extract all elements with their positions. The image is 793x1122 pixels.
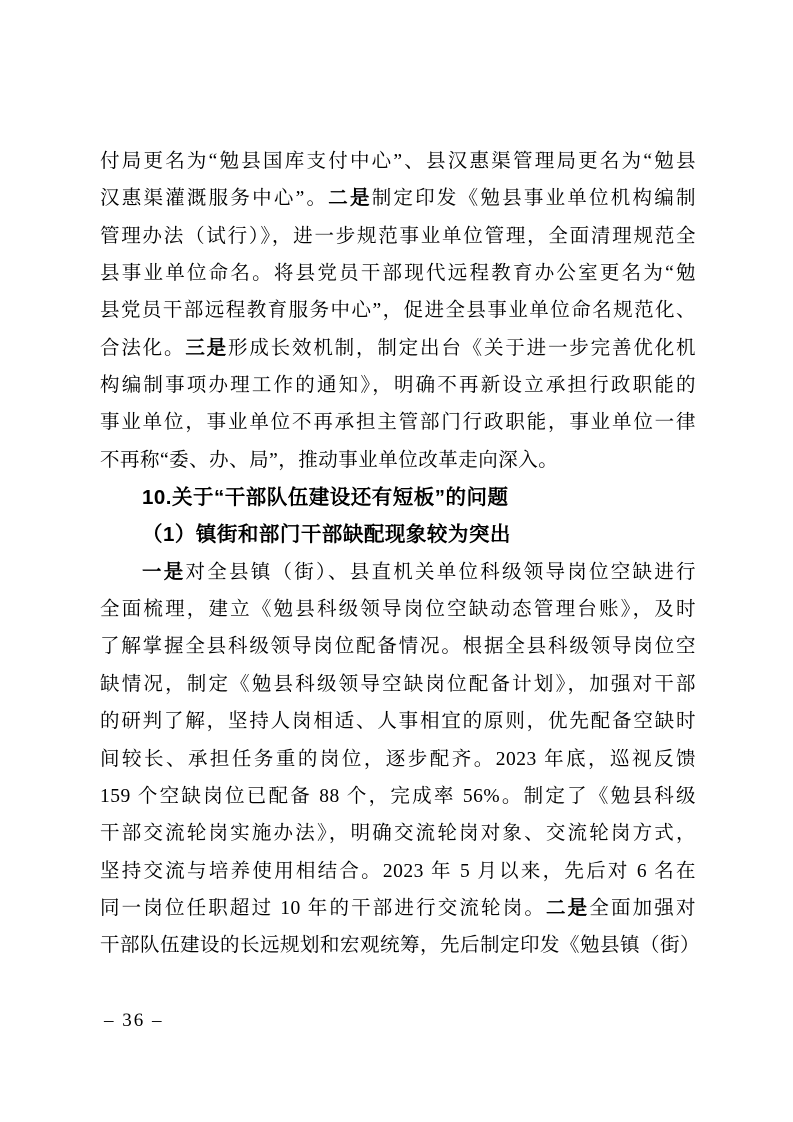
text-line: 付局更名为“勉县国库支付中心”、县汉惠渠管理局更名为“勉县 <box>100 143 696 180</box>
text-segment: 制定印发《勉县事业单位机构编制 <box>372 188 696 209</box>
bold-text-segment: 二是 <box>546 897 589 919</box>
text-segment: 不再称“委、办、局”，推动事业单位改革走向深入。 <box>100 450 558 471</box>
text-line: 构编制事项办理工作的通知》，明确不再新设立承担行政职能的 <box>100 367 696 404</box>
text-line: 的研判了解，坚持人岗相适、人事相宜的原则，优先配备空缺时 <box>100 703 696 740</box>
text-line: 全面梳理，建立《勉县科级领导岗位空缺动态管理台账》，及时 <box>100 591 696 628</box>
text-segment: 县党员干部远程教育服务中心”，促进全县事业单位命名规范化、 <box>100 300 696 321</box>
bold-text-segment: （1）镇街和部门干部缺配现象较为突出 <box>142 523 511 546</box>
text-segment: 的研判了解，坚持人岗相适、人事相宜的原则，优先配备空缺时 <box>100 711 696 732</box>
page-number: – 36 – <box>104 1010 164 1032</box>
text-segment: 形成长效机制，制定出台《关于进一步完善优化机 <box>228 338 696 359</box>
text-segment: 县事业单位命名。将县党员干部现代远程教育办公室更名为“勉 <box>100 263 696 284</box>
text-line: 了解掌握全县科级领导岗位配备情况。根据全县科级领导岗位空 <box>100 628 696 665</box>
text-line: 一是对全县镇（街）、县直机关单位科级领导岗位空缺进行 <box>100 554 696 591</box>
text-segment: 了解掌握全县科级领导岗位配备情况。根据全县科级领导岗位空 <box>100 636 696 657</box>
text-line: 间较长、承担任务重的岗位，逐步配齐。2023 年底，巡视反馈 <box>100 741 696 778</box>
text-line: 不再称“委、办、局”，推动事业单位改革走向深入。 <box>100 442 696 479</box>
text-segment: 同一岗位任职超过 10 年的干部进行交流轮岗。 <box>100 898 546 919</box>
text-segment: 坚持交流与培养使用相结合。2023 年 5 月以来，先后对 6 名在 <box>100 861 696 882</box>
text-segment: 干部队伍建设的长远规划和宏观统筹，先后制定印发《勉县镇（街） <box>100 935 700 956</box>
text-segment: 管理办法（试行）》，进一步规范事业单位管理，全面清理规范全 <box>100 226 696 247</box>
text-line: 合法化。三是形成长效机制，制定出台《关于进一步完善优化机 <box>100 330 696 367</box>
text-segment: 对全县镇（街）、县直机关单位科级领导岗位空缺进行 <box>186 562 696 583</box>
sub-heading: （1）镇街和部门干部缺配现象较为突出 <box>100 516 696 553</box>
document-page: 付局更名为“勉县国库支付中心”、县汉惠渠管理局更名为“勉县汉惠渠灌溉服务中心”。… <box>0 0 793 1122</box>
text-line: 县事业单位命名。将县党员干部现代远程教育办公室更名为“勉 <box>100 255 696 292</box>
text-line: 159 个空缺岗位已配备 88 个，完成率 56%。制定了《勉县科级 <box>100 778 696 815</box>
text-segment: 汉惠渠灌溉服务中心”。 <box>100 188 328 209</box>
bold-text-segment: 10.关于“干部队伍建设还有短板”的问题 <box>142 486 509 509</box>
text-segment: 全面加强对 <box>589 898 696 919</box>
text-segment: 缺情况，制定《勉县科级领导空缺岗位配备计划》，加强对干部 <box>100 674 696 695</box>
text-line: 县党员干部远程教育服务中心”，促进全县事业单位命名规范化、 <box>100 292 696 329</box>
text-line: 缺情况，制定《勉县科级领导空缺岗位配备计划》，加强对干部 <box>100 666 696 703</box>
text-line: 管理办法（试行）》，进一步规范事业单位管理，全面清理规范全 <box>100 218 696 255</box>
text-line: 干部交流轮岗实施办法》，明确交流轮岗对象、交流轮岗方式， <box>100 815 696 852</box>
text-block: 付局更名为“勉县国库支付中心”、县汉惠渠管理局更名为“勉县汉惠渠灌溉服务中心”。… <box>100 143 696 965</box>
bold-text-segment: 二是 <box>328 187 371 209</box>
text-line: 干部队伍建设的长远规划和宏观统筹，先后制定印发《勉县镇（街） <box>100 927 696 964</box>
bold-text-segment: 一是 <box>142 561 186 583</box>
text-segment: 付局更名为“勉县国库支付中心”、县汉惠渠管理局更名为“勉县 <box>100 151 696 172</box>
text-segment: 合法化。 <box>100 338 185 359</box>
section-heading: 10.关于“干部队伍建设还有短板”的问题 <box>100 479 696 516</box>
text-line: 事业单位，事业单位不再承担主管部门行政职能，事业单位一律 <box>100 404 696 441</box>
text-segment: 干部交流轮岗实施办法》，明确交流轮岗对象、交流轮岗方式， <box>100 823 696 844</box>
text-segment: 全面梳理，建立《勉县科级领导岗位空缺动态管理台账》，及时 <box>100 599 696 620</box>
text-segment: 构编制事项办理工作的通知》，明确不再新设立承担行政职能的 <box>100 375 696 396</box>
text-line: 坚持交流与培养使用相结合。2023 年 5 月以来，先后对 6 名在 <box>100 853 696 890</box>
text-line: 同一岗位任职超过 10 年的干部进行交流轮岗。二是全面加强对 <box>100 890 696 927</box>
text-segment: 事业单位，事业单位不再承担主管部门行政职能，事业单位一律 <box>100 412 696 433</box>
text-segment: 间较长、承担任务重的岗位，逐步配齐。2023 年底，巡视反馈 <box>100 749 696 770</box>
bold-text-segment: 三是 <box>185 337 228 359</box>
text-segment: 159 个空缺岗位已配备 88 个，完成率 56%。制定了《勉县科级 <box>100 786 696 807</box>
text-line: 汉惠渠灌溉服务中心”。二是制定印发《勉县事业单位机构编制 <box>100 180 696 217</box>
